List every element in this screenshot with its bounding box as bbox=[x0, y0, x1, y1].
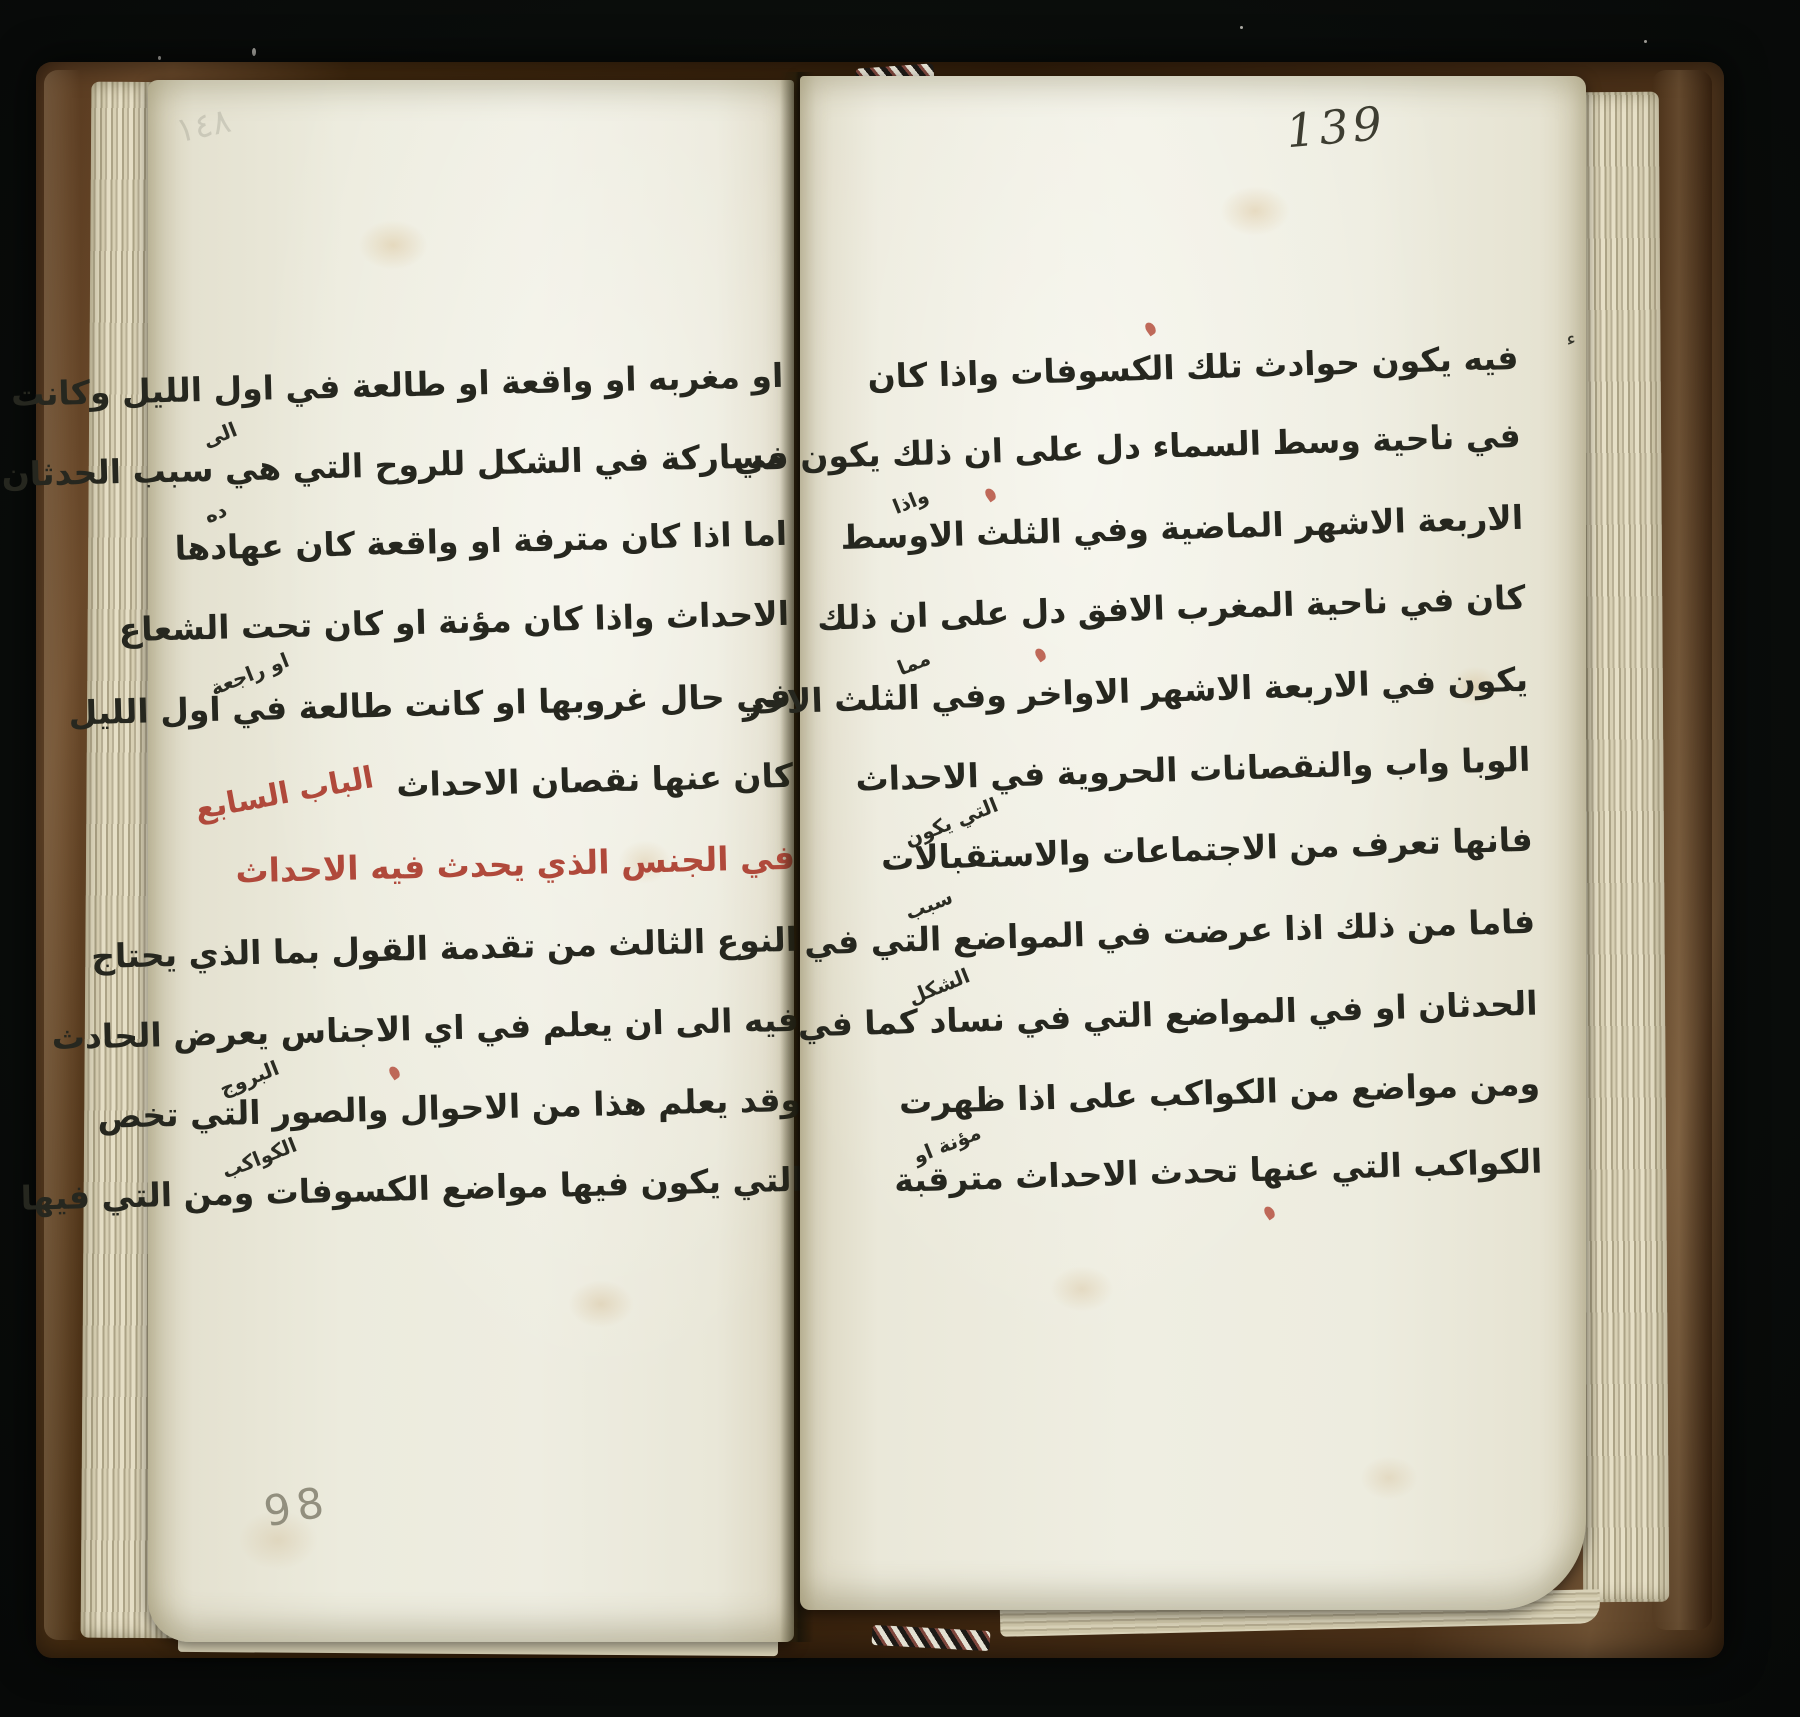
manuscript-line: الوبا واب والنقصانات الحروية في الاحداث bbox=[880, 740, 1531, 798]
book: ١٤٨ او مغربه او واقعة او طالعة في اول ال… bbox=[0, 0, 1800, 1717]
manuscript-line: التي يكونفانها تعرف من الاجتماعات والاست… bbox=[882, 820, 1533, 878]
pencil-number: 98 bbox=[260, 1477, 333, 1537]
manuscript-line: او راجعةفي حال غروبها او كانت طالعة في ا… bbox=[191, 676, 792, 730]
manuscript-line: في ناحية وسط السماء دل على ان ذلك يكون ف… bbox=[870, 416, 1521, 474]
line-text: يكون في الاربعة الاشهر الاواخر وفي الثلث… bbox=[742, 660, 1529, 722]
chapter-heading-red: الباب السابع bbox=[193, 760, 377, 827]
manuscript-line: الشكلالحدثان او في المواضع التي في نساد … bbox=[887, 984, 1538, 1042]
manuscript-line: الاحداث واذا كان مؤنة او كان تحت الشعاع bbox=[189, 594, 790, 648]
line-text: كان عنها نقصان الاحداث bbox=[396, 756, 794, 805]
interlinear-note: مما bbox=[893, 646, 933, 681]
manuscript-line: ممايكون في الاربعة الاشهر الاواخر وفي ال… bbox=[878, 660, 1529, 718]
manuscript-line: فيه يكون حوادث تلك الكسوفات واذا كان bbox=[868, 338, 1519, 396]
line-text: اما اذا كان مترفة او واقعة كان عهادها bbox=[174, 514, 787, 568]
line-text: في حال غروبها او كانت طالعة في اول الليل bbox=[68, 676, 791, 733]
right-page-text: فيه يكون حوادث تلك الكسوفات واذا كان في … bbox=[860, 76, 1547, 1345]
line-text: فيه يكون حوادث تلك الكسوفات واذا كان bbox=[867, 338, 1519, 396]
manuscript-line: واذاالاربعة الاشهر الماضية وفي الثلث الا… bbox=[873, 498, 1524, 556]
manuscript-line: النوع الثالث من تقدمة القول بما الذي يحت… bbox=[197, 920, 798, 974]
manuscript-line: دهاما اذا كان مترفة او واقعة كان عهادها bbox=[187, 514, 788, 568]
manuscript-line: ومن مواضع من الكواكب على اذا ظهرت bbox=[890, 1064, 1541, 1122]
line-text: فيه الى ان يعلم في اي الاجناس يعرض الحاد… bbox=[51, 1000, 799, 1057]
manuscript-line: او مغربه او واقعة او طالعة في اول الليل … bbox=[183, 356, 784, 410]
line-text: فانها تعرف من الاجتماعات والاستقبالات bbox=[880, 820, 1533, 878]
photo-background: ١٤٨ او مغربه او واقعة او طالعة في اول ال… bbox=[0, 0, 1800, 1717]
right-page: 139 فيه يكون حوادث تلك الكسوفات واذا كان… bbox=[800, 76, 1586, 1610]
line-text: وقد يعلم هذا من الاحوال والصور التي تخص bbox=[97, 1080, 802, 1136]
interlinear-note: الى bbox=[199, 417, 240, 452]
manuscript-line: الىمساركة في الشكل للروح التي هي سبب الح… bbox=[185, 436, 786, 490]
margin-mark: ء bbox=[1566, 326, 1576, 350]
manuscript-line: الكواكبالتي يكون فيها مواضع الكسوفات ومن… bbox=[203, 1160, 804, 1214]
interlinear-note: ده bbox=[201, 498, 230, 528]
manuscript-line: كان في ناحية المغرب الافق دل على ان ذلك bbox=[875, 578, 1526, 636]
manuscript-line: البروجوقد يعلم هذا من الاحوال والصور الت… bbox=[201, 1080, 802, 1134]
line-text: الاربعة الاشهر الماضية وفي الثلث الاوسط bbox=[840, 498, 1524, 557]
manuscript-line: سببفاما من ذلك اذا عرضت في المواضع التي … bbox=[885, 902, 1536, 960]
manuscript-line: مؤنة اوالكواكب التي عنها تحدث الاحداث مت… bbox=[892, 1142, 1543, 1200]
line-text: ومن مواضع من الكواكب على اذا ظهرت bbox=[898, 1064, 1540, 1122]
chapter-title-red-line: في الجنس الذي يحدث فيه الاحداث bbox=[195, 838, 796, 892]
foxing-spot bbox=[1360, 1456, 1418, 1500]
line-text: كان في ناحية المغرب الافق دل على ان ذلك bbox=[817, 578, 1526, 638]
interlinear-note: واذا bbox=[889, 483, 932, 519]
line-text: في ناحية وسط السماء دل على ان ذلك يكون ف… bbox=[733, 416, 1521, 478]
page-edge-stack-right bbox=[1573, 92, 1670, 1603]
line-text: الاحداث واذا كان مؤنة او كان تحت الشعاع bbox=[118, 594, 789, 649]
left-page-text: او مغربه او واقعة او طالعة في اول الليل … bbox=[176, 80, 808, 1394]
manuscript-line: كان عنها نقصان الاحداثالباب السابع bbox=[193, 756, 794, 810]
manuscript-line: فيه الى ان يعلم في اي الاجناس يعرض الحاد… bbox=[199, 1000, 800, 1054]
line-text: الكواكب التي عنها تحدث الاحداث مترقبة bbox=[894, 1142, 1543, 1200]
line-text: الوبا واب والنقصانات الحروية في الاحداث bbox=[855, 740, 1531, 799]
line-text: النوع الثالث من تقدمة القول بما الذي يحت… bbox=[91, 920, 798, 976]
left-page: ١٤٨ او مغربه او واقعة او طالعة في اول ال… bbox=[148, 80, 794, 1642]
line-text: في الجنس الذي يحدث فيه الاحداث bbox=[235, 838, 796, 891]
